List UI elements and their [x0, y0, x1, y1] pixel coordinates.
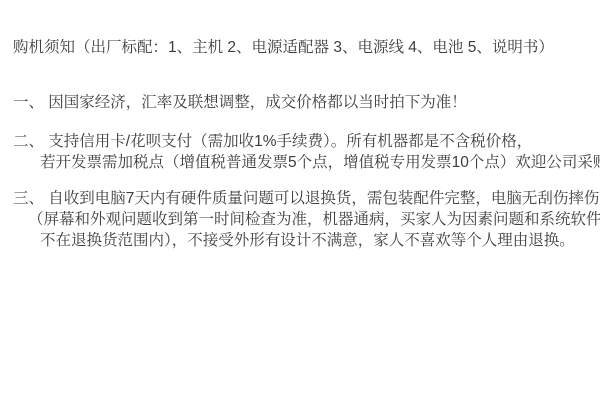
notice-line: （屏幕和外观问题收到第一时间检查为准，机器通病，买家人为因素问题和系统软件问题 [28, 209, 600, 230]
notice-line: 不在退换货范围内），不接受外形有设计不满意，家人不喜欢等个人理由退换。 [40, 230, 600, 251]
notice-line: 二、 支持信用卡/花呗支付（需加收1%手续费）。所有机器都是不含税价格， [13, 131, 600, 152]
purchase-notice-document: 购机须知（出厂标配：1、主机 2、电源适配器 3、电源线 4、电池 5、说明书）… [0, 0, 600, 400]
notice-line: 三、 自收到电脑7天内有硬件质量问题可以退换货，需包装配件完整，电脑无刮伤摔伤进… [13, 188, 600, 209]
notice-line: 一、 因国家经济，汇率及联想调整，成交价格都以当时拍下为准！ [13, 92, 467, 113]
notice-item-3: 三、 自收到电脑7天内有硬件质量问题可以退换货，需包装配件完整，电脑无刮伤摔伤进… [13, 188, 600, 251]
notice-title: 购机须知（出厂标配：1、主机 2、电源适配器 3、电源线 4、电池 5、说明书） [13, 37, 554, 58]
notice-item-2: 二、 支持信用卡/花呗支付（需加收1%手续费）。所有机器都是不含税价格， 若开发… [13, 131, 600, 173]
notice-line: 若开发票需加税点（增值税普通发票5个点，增值税专用发票10个点）欢迎公司采购 [40, 152, 600, 173]
notice-item-1: 一、 因国家经济，汇率及联想调整，成交价格都以当时拍下为准！ [13, 92, 467, 113]
